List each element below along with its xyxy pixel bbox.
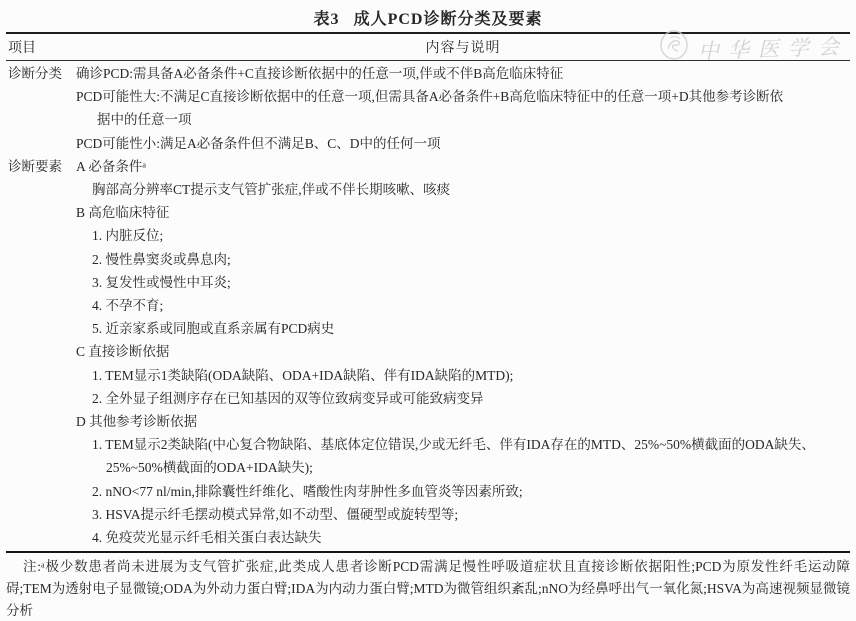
row-label: 诊断分类 [6, 62, 76, 85]
table-line: 25%~50%横截面的ODA+IDA缺失); [106, 456, 850, 479]
table-line: 胸部高分辨率CT提示支气管扩张症,伴或不伴长期咳嗽、咳痰 [92, 178, 850, 201]
table-line: 4. 免疫荧光显示纤毛相关蛋白表达缺失 [92, 526, 850, 549]
table-line: 据中的任意一项 [97, 108, 850, 131]
column-header-item: 项目 [6, 37, 76, 57]
table-line: 1. TEM显示1类缺陷(ODA缺陷、ODA+IDA缺陷、伴有IDA缺陷的MTD… [92, 364, 850, 387]
table-line: 1. 内脏反位; [92, 224, 850, 247]
document-page: 表3成人PCD诊断分类及要素 项目 内容与说明 中华医学会 诊断分类 确诊PCD… [0, 0, 856, 621]
table-header-row: 项目 内容与说明 中华医学会 [6, 34, 850, 61]
table-row: 诊断分类 确诊PCD:需具备A必备条件+C直接诊断依据中的任意一项,伴或不伴B高… [6, 62, 850, 155]
row-content: A 必备条件ᵃ胸部高分辨率CT提示支气管扩张症,伴或不伴长期咳嗽、咳痰B 高危临… [76, 155, 850, 549]
table-line: 2. 全外显子组测序存在已知基因的双等位致病变异或可能致病变异 [92, 387, 850, 410]
row-content: 确诊PCD:需具备A必备条件+C直接诊断依据中的任意一项,伴或不伴B高危临床特征… [76, 62, 850, 155]
table-title: 表3成人PCD诊断分类及要素 [0, 0, 856, 32]
table-line: PCD可能性小:满足A必备条件但不满足B、C、D中的任何一项 [76, 132, 850, 155]
table-title-text: 成人PCD诊断分类及要素 [354, 11, 543, 28]
table-line: 3. 复发性或慢性中耳炎; [92, 271, 850, 294]
table-row: 诊断要素 A 必备条件ᵃ胸部高分辨率CT提示支气管扩张症,伴或不伴长期咳嗽、咳痰… [6, 155, 850, 549]
table-line: 4. 不孕不育; [92, 294, 850, 317]
table-line: 2. 慢性鼻窦炎或鼻息肉; [92, 248, 850, 271]
table-line: 3. HSVA提示纤毛摆动模式异常,如不动型、僵硬型或旋转型等; [92, 503, 850, 526]
table-note: 注:ᵃ极少数患者尚未进展为支气管扩张症,此类成人患者诊断PCD需满足慢性呼吸道症… [6, 556, 850, 621]
table-body: 诊断分类 确诊PCD:需具备A必备条件+C直接诊断依据中的任意一项,伴或不伴B高… [6, 61, 850, 551]
table-number: 表3 [314, 11, 340, 28]
table-line: D 其他参考诊断依据 [76, 410, 850, 433]
table-line: 5. 近亲家系或同胞或直系亲属有PCD病史 [92, 317, 850, 340]
table-line: B 高危临床特征 [76, 201, 850, 224]
row-label: 诊断要素 [6, 155, 76, 178]
table-line: 2. nNO<77 nl/min,排除囊性纤维化、嗜酸性肉芽肿性多血管炎等因素所… [92, 480, 850, 503]
table-line: PCD可能性大:不满足C直接诊断依据中的任意一项,但需具备A必备条件+B高危临床… [76, 85, 850, 108]
table: 项目 内容与说明 中华医学会 诊断分类 确诊PCD:需具备A必备条件+C直接诊断… [6, 32, 850, 553]
table-line: 确诊PCD:需具备A必备条件+C直接诊断依据中的任意一项,伴或不伴B高危临床特征 [76, 62, 850, 85]
table-line: A 必备条件ᵃ [76, 155, 850, 178]
table-line: 1. TEM显示2类缺陷(中心复合物缺陷、基底体定位错误,少或无纤毛、伴有IDA… [92, 433, 850, 456]
table-line: C 直接诊断依据 [76, 340, 850, 363]
column-header-content: 内容与说明 [76, 37, 850, 57]
